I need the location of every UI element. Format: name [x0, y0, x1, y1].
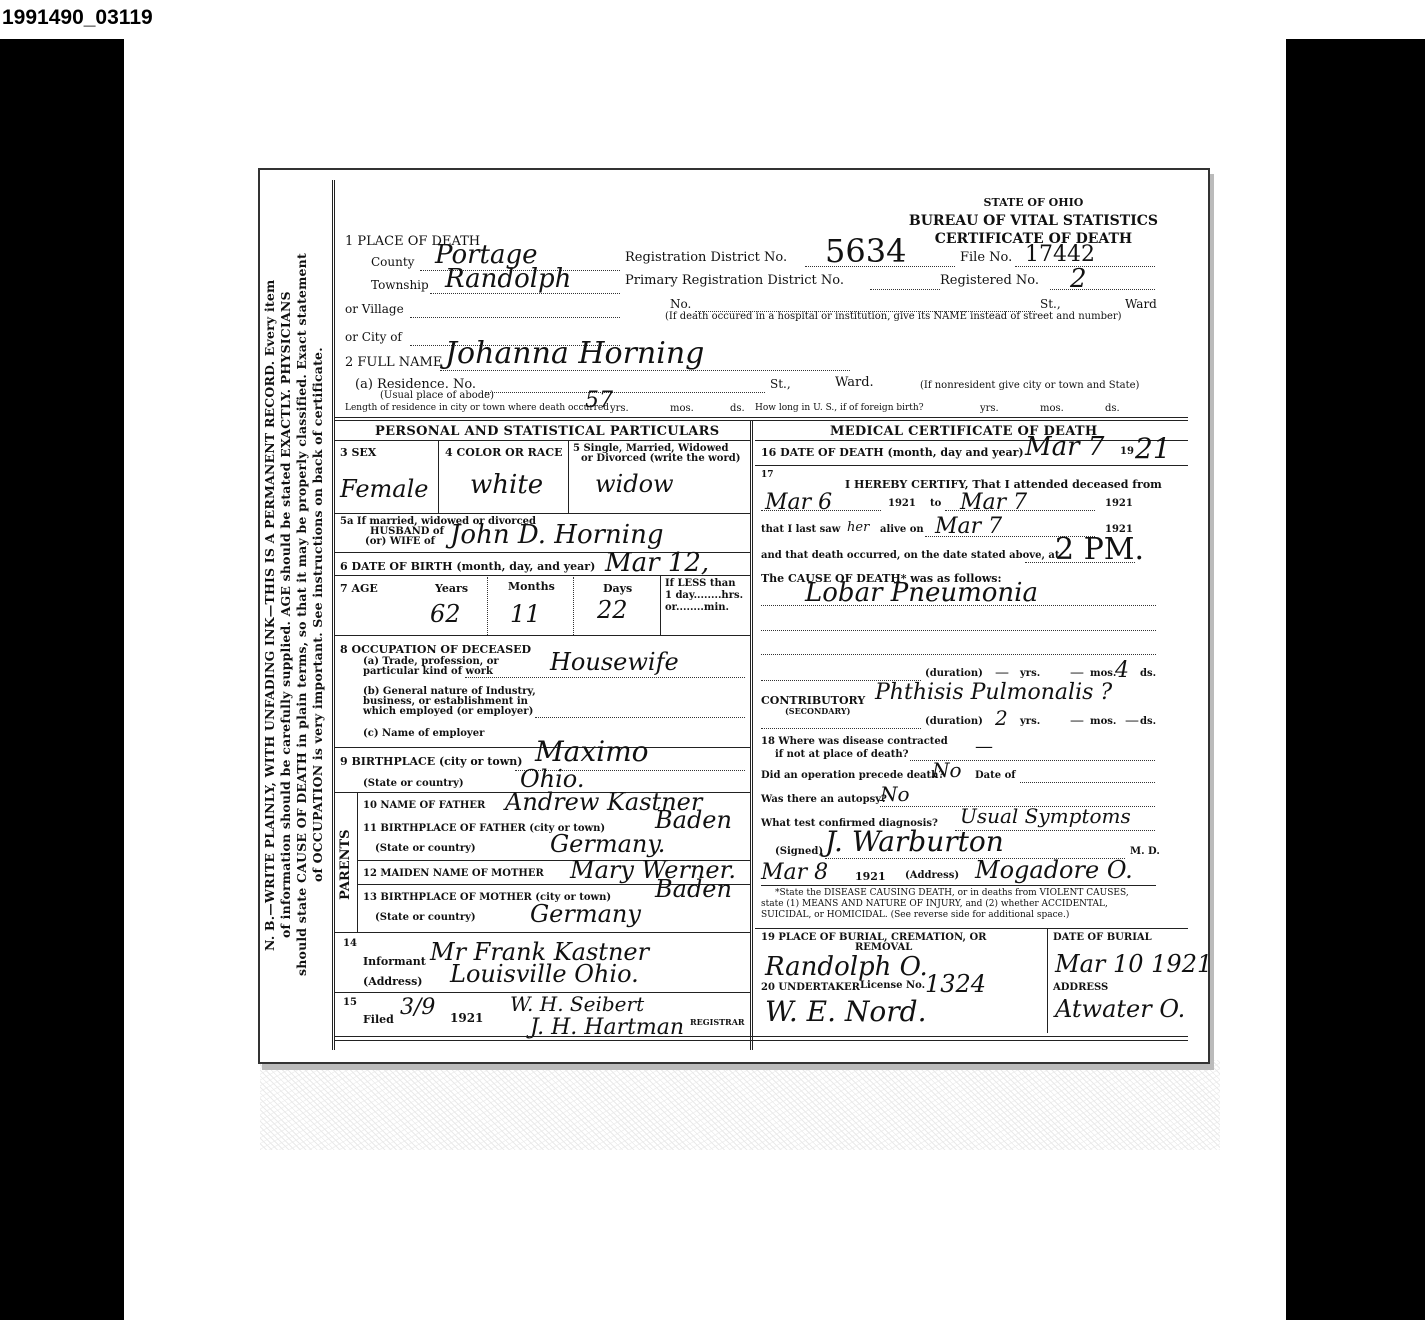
ds-label: ds. [730, 403, 745, 414]
parents-label: PARENTS [338, 820, 353, 900]
less-than-label-2: 1 day........hrs. [665, 590, 743, 601]
duration-2-label: (duration) [925, 716, 983, 727]
dur2-yrs-label: yrs. [1020, 716, 1040, 727]
dur1-yrs-label: yrs. [1020, 668, 1040, 679]
father-state-label: (State or country) [375, 843, 476, 854]
sex-label: 3 SEX [340, 446, 376, 459]
age-days-value: 22 [597, 596, 628, 624]
physician-signature: J. Warburton [825, 825, 1004, 858]
age-months-label: Months [508, 580, 555, 593]
occ-a-value: Housewife [550, 648, 679, 676]
license-label: License No. [860, 980, 925, 991]
death-certificate: N. B.—WRITE PLAINLY, WITH UNFADING INK—T… [258, 168, 1210, 1064]
mother-name-label: 12 MAIDEN NAME OF MOTHER [363, 868, 544, 879]
marital-value: widow [595, 470, 674, 498]
foreign-ds-label: ds. [1105, 403, 1120, 414]
last-saw-date: Mar 7 [935, 514, 1002, 539]
less-than-label-1: If LESS than [665, 578, 735, 589]
street-no-label: No. [670, 297, 691, 311]
informant-num: 14 [343, 938, 357, 949]
dob-value: Mar 12, [605, 548, 709, 578]
instruction-line-4: of OCCUPATION is very important. See ins… [310, 190, 328, 1040]
age-years-value: 62 [430, 600, 461, 628]
undertaker-value: W. E. Nord. [765, 995, 927, 1028]
occ-c-label: (c) Name of employer [363, 728, 484, 739]
document-id: 1991490_03119 [2, 6, 153, 30]
birthplace-state-label: (State or country) [363, 778, 464, 789]
personal-section-title: PERSONAL AND STATISTICAL PARTICULARS [375, 424, 719, 439]
physician-address-label: (Address) [905, 870, 959, 881]
file-no-label: File No. [960, 250, 1012, 265]
father-birthplace-city: Baden [655, 806, 732, 834]
foreign-mos-label: mos. [1040, 403, 1064, 414]
registrar-signature: W. H. Seibert [510, 992, 644, 1016]
signed-label: (Signed) [775, 846, 823, 857]
city-label: or City of [345, 330, 402, 344]
registered-no-label: Registered No. [940, 273, 1039, 288]
where-contracted-value: — [975, 736, 993, 757]
contributory-value: Phthisis Pulmonalis ? [875, 680, 1112, 705]
footnote-line-3: SUICIDAL, or HOMICIDAL. (See reverse sid… [761, 910, 1069, 920]
autopsy-label: Was there an autopsy? [761, 794, 887, 805]
side-instructions: N. B.—WRITE PLAINLY, WITH UNFADING INK—T… [258, 190, 330, 1040]
certificate-header: STATE OF OHIO BUREAU OF VITAL STATISTICS… [909, 194, 1158, 248]
duration-2-ds: — [1125, 713, 1139, 729]
dob-label: 6 DATE OF BIRTH (month, day, and year) [340, 560, 595, 573]
where-contracted-label-2: if not at place of death? [775, 749, 908, 760]
race-value: white [470, 470, 543, 500]
foreign-yrs-label: yrs. [980, 403, 999, 414]
reg-district-label: Registration District No. [625, 250, 787, 265]
state-name: STATE OF OHIO [909, 194, 1158, 212]
age-days-label: Days [603, 582, 632, 595]
spouse-value: John D. Horning [450, 520, 663, 550]
attended-from-value: Mar 6 [765, 490, 832, 515]
filed-date-value: 3/9 [400, 995, 435, 1020]
village-label: or Village [345, 302, 404, 316]
dod-year-prefix: 19 [1120, 446, 1134, 457]
hospital-note: (If death occured in a hospital or insti… [665, 311, 1122, 322]
registered-no-value: 2 [1070, 264, 1087, 294]
filed-year-value: 1921 [450, 1011, 483, 1025]
scan-border-left [0, 39, 124, 1320]
full-name-label: 2 FULL NAME [345, 355, 442, 370]
dur1-mos-label: mos. [1090, 668, 1116, 679]
township-value: Randolph [445, 264, 571, 294]
residence-sub-label: (Usual place of abode) [380, 390, 494, 401]
occ-a-label-2: particular kind of work [363, 666, 493, 677]
reg-district-value: 5634 [825, 232, 906, 270]
alive-on-label: alive on [880, 524, 924, 535]
ward-label: Ward [1125, 297, 1157, 311]
occ-b-label-3: which employed (or employer) [363, 706, 533, 717]
license-no-value: 1324 [925, 970, 986, 998]
cert-num: 17 [761, 470, 774, 480]
father-name-label: 10 NAME OF FATHER [363, 800, 485, 811]
duration-2-yrs: 2 [995, 706, 1008, 730]
occupation-label: 8 OCCUPATION OF DECEASED [340, 643, 531, 656]
informant-address-label: (Address) [363, 975, 423, 988]
township-label: Township [371, 278, 429, 292]
burial-date-value: Mar 10 1921 [1055, 950, 1212, 978]
last-saw-label: that I last saw [761, 524, 840, 535]
physician-address-value: Mogadore O. [975, 856, 1133, 884]
duration-label: (duration) [925, 668, 983, 679]
operation-value: No [932, 758, 962, 782]
autopsy-value: No [880, 782, 910, 806]
signed-year-value: 1921 [855, 870, 886, 883]
full-name-value: Johanna Horning [445, 336, 704, 371]
father-birthplace-state: Germany. [550, 830, 665, 858]
age-months-value: 11 [510, 600, 541, 628]
md-label: M. D. [1130, 846, 1160, 857]
attended-from-year: 1921 [888, 498, 916, 509]
filed-label: Filed [363, 1013, 394, 1026]
contributory-sub-label: (SECONDARY) [785, 706, 850, 716]
certificate-body: STATE OF OHIO BUREAU OF VITAL STATISTICS… [332, 180, 1188, 1050]
undertaker-label: 20 UNDERTAKER [761, 982, 860, 993]
nonresident-note: (If nonresident give city or town and St… [920, 380, 1139, 391]
duration-1-mos: — [1070, 665, 1084, 681]
street-label: St., [1040, 297, 1061, 311]
attended-to-value: Mar 7 [960, 490, 1027, 515]
footnote-line-1: *State the DISEASE CAUSING DEATH, or in … [775, 888, 1129, 898]
last-saw-pronoun: her [847, 520, 869, 535]
length-residence-yrs: 57 [585, 388, 613, 413]
registrar-label: REGISTRAR [690, 1017, 745, 1027]
footnote-line-2: state (1) MEANS AND NATURE OF INJURY, an… [761, 899, 1108, 909]
race-label: 4 COLOR OR RACE [445, 446, 562, 459]
scan-border-right [1286, 39, 1425, 1320]
duration-1-yrs: — [995, 665, 1009, 681]
duration-2-mos: — [1070, 713, 1084, 729]
dod-year-value: 21 [1135, 432, 1171, 465]
burial-place-value: Randolph O. [765, 952, 928, 982]
mos-label: mos. [670, 403, 694, 414]
length-residence-label: Length of residence in city or town wher… [345, 403, 609, 413]
foreign-birth-label: How long in U. S., if of foreign birth? [755, 403, 924, 413]
informant-address-value: Louisville Ohio. [450, 960, 639, 988]
operation-label: Did an operation precede death? [761, 770, 944, 781]
marital-label-2: or Divorced (write the word) [581, 453, 740, 464]
signed-date-value: Mar 8 [761, 860, 828, 885]
filed-num: 15 [343, 997, 357, 1008]
date-of-death-value: Mar 7 [1025, 432, 1104, 462]
bureau-name: BUREAU OF VITAL STATISTICS [909, 212, 1158, 230]
dur2-mos-label: mos. [1090, 716, 1116, 727]
mother-birthplace-city: Baden [655, 875, 732, 903]
birthplace-label: 9 BIRTHPLACE (city or town) [340, 755, 522, 768]
undertaker-address-value: Atwater O. [1055, 995, 1185, 1023]
age-label: 7 AGE [340, 582, 378, 595]
duration-1-ds: 4 [1115, 658, 1129, 683]
informant-label: Informant [363, 955, 426, 968]
sex-value: Female [340, 475, 429, 503]
attended-to-label: to [930, 498, 941, 509]
yrs-label: yrs. [610, 403, 629, 414]
spouse-label-3: (or) WIFE of [365, 536, 435, 547]
attended-to-year: 1921 [1105, 498, 1133, 509]
dur2-ds-label: ds. [1140, 716, 1156, 727]
birthplace-city-value: Maximo [535, 735, 649, 768]
residence-ward-label: Ward. [835, 375, 874, 390]
dur1-ds-label: ds. [1140, 668, 1156, 679]
residence-st-label: St., [770, 377, 791, 391]
mother-state-label: (State or country) [375, 912, 476, 923]
cause-value: Lobar Pneumonia [805, 578, 1038, 608]
county-label: County [371, 255, 414, 269]
operation-date-label: Date of [975, 770, 1016, 781]
date-of-death-label: 16 DATE OF DEATH (month, day and year) [761, 446, 1024, 459]
age-years-label: Years [435, 582, 468, 595]
burial-date-label: DATE OF BURIAL [1053, 932, 1152, 943]
primary-reg-label: Primary Registration District No. [625, 273, 844, 288]
death-time-value: 2 PM. [1055, 532, 1144, 567]
mother-birthplace-state: Germany [530, 900, 641, 928]
less-than-label-3: or........min. [665, 602, 729, 613]
scan-noise [260, 1060, 1220, 1150]
undertaker-address-label: ADDRESS [1053, 982, 1108, 993]
where-contracted-label-1: 18 Where was disease contracted [761, 736, 948, 747]
death-time-label: and that death occurred, on the date sta… [761, 550, 1060, 561]
